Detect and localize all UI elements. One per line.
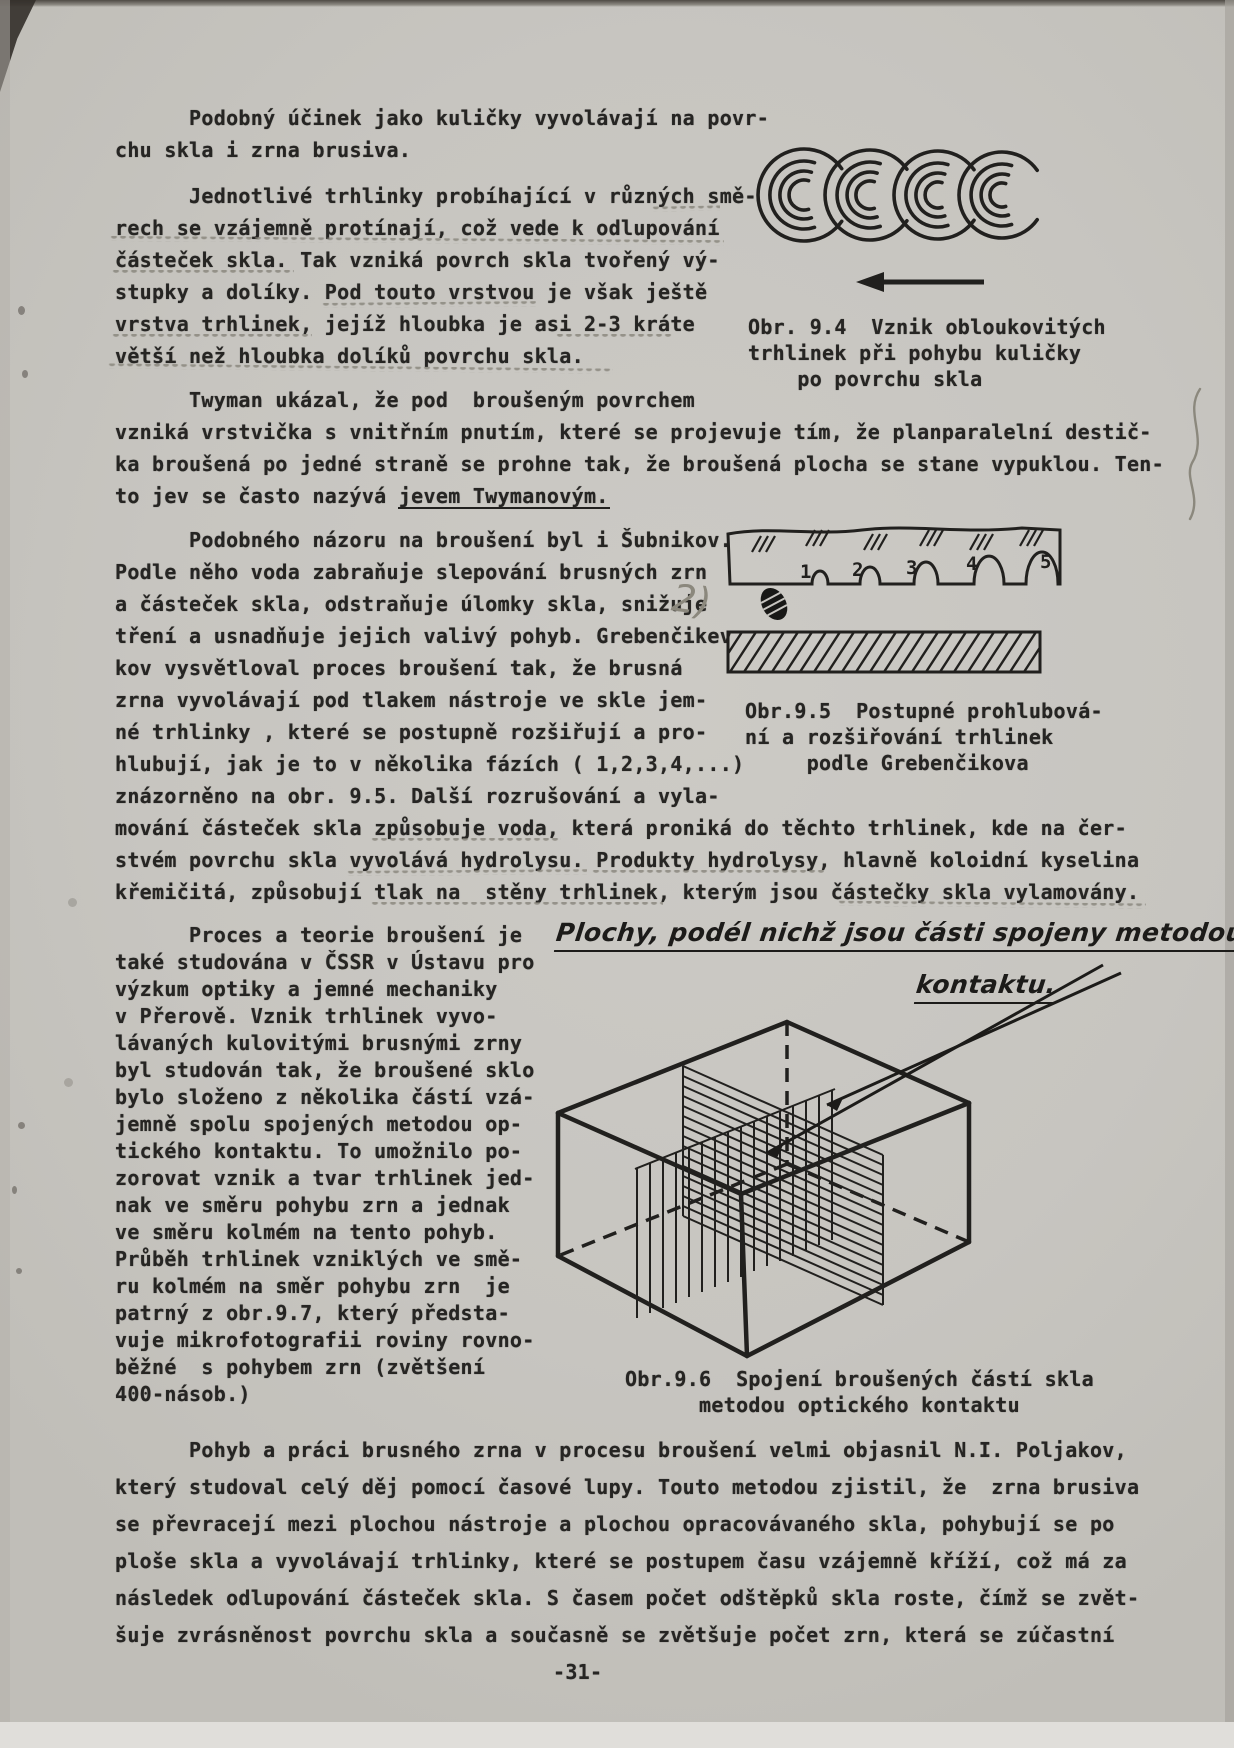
cube-visible-edges — [558, 1022, 969, 1356]
page-number: -31- — [553, 1660, 602, 1684]
text-line: ru kolmém na směr pohybu zrn je — [115, 1273, 545, 1300]
paper-blemish — [18, 1122, 25, 1129]
handwritten-note-line1: Plochy, podél nichž jsou části spojeny m… — [554, 918, 1234, 952]
motion-arrow-icon — [856, 272, 984, 292]
text-line: trhlinek při pohybu kuličky — [748, 340, 1106, 366]
text-line: a částeček skla, odstraňuje úlomky skla,… — [115, 588, 755, 620]
typed-underline — [398, 507, 610, 509]
pencil-underline-mark — [112, 334, 312, 339]
scan-right-edge — [1225, 0, 1234, 1748]
text-line: výzkum optiky a jemné mechaniky — [115, 976, 545, 1003]
text-line: tření a usnadňuje jejich valivý pohyb. G… — [115, 620, 755, 652]
text-line: chu skla i zrna brusiva. — [115, 134, 769, 166]
text-line: po povrchu skla — [748, 366, 1106, 392]
paragraph-twyman: Twyman ukázal, že pod broušeným povrchem… — [115, 384, 1164, 512]
paper-blemish — [18, 306, 25, 315]
text-line: Proces a teorie broušení je — [115, 922, 545, 949]
paragraph-subnikov: Podobného názoru na broušení byl i Šubni… — [115, 524, 755, 812]
pencil-underline-mark — [556, 334, 672, 339]
text-line: to jev se často nazývá jevem Twymanovým. — [115, 480, 1164, 512]
text-line: hlubují, jak je to v několika fázích ( 1… — [115, 748, 755, 780]
figure-caption-9-6: Obr.9.6 Spojení broušených částí skla me… — [625, 1366, 1094, 1418]
figure-grinding-phases: 1 2 3 4 5 — [722, 520, 1067, 695]
text-line: nak ve směru pohybu zrn a jednak — [115, 1192, 545, 1219]
text-line: jemně spolu spojených metodou op- — [115, 1111, 545, 1138]
text-line: vzniká vrstvička s vnitřním pnutím, kter… — [115, 416, 1164, 448]
paragraph-hydrolysis: mování částeček skla způsobuje voda, kte… — [115, 812, 1139, 908]
contact-plane-a-hatch — [683, 1066, 883, 1305]
text-line: 400-násob.) — [115, 1381, 545, 1408]
scan-bottom-band — [0, 1722, 1234, 1748]
scanned-document-page: Podobný účinek jako kuličky vyvolávají n… — [0, 0, 1234, 1748]
text-line: následek odlupování částeček skla. S čas… — [115, 1580, 1139, 1617]
text-line: ka broušená po jedné straně se prohne ta… — [115, 448, 1164, 480]
pencil-underline-mark — [371, 902, 663, 907]
abrasive-grain — [755, 583, 792, 624]
text-line: také studována v ČSSR v Ústavu pro — [115, 949, 545, 976]
text-line: ní a rozšiřování trhlinek — [745, 724, 1103, 750]
text-line: bylo složeno z několika částí vzá- — [115, 1084, 545, 1111]
text-line: patrný z obr.9.7, který předsta- — [115, 1300, 545, 1327]
paper-blemish — [12, 1186, 17, 1194]
annotation-leader-lines — [767, 965, 1121, 1158]
paragraph-intro: Podobný účinek jako kuličky vyvolávají n… — [115, 102, 769, 166]
text-line: né trhlinky , které se postupně rozšiřuj… — [115, 716, 755, 748]
figure-caption-9-5: Obr.9.5 Postupné prohlubová-ní a rozšiřo… — [745, 698, 1103, 776]
pencil-underline-mark — [371, 838, 561, 843]
text-line: Pohyb a práci brusného zrna v procesu br… — [115, 1432, 1139, 1469]
paper-blemish — [16, 1268, 22, 1274]
svg-text:3: 3 — [906, 557, 917, 579]
figure-caption-9-4: Obr. 9.4 Vznik obloukovitýchtrhlinek při… — [748, 314, 1106, 392]
glass-block-outline — [728, 528, 1060, 584]
paper-blemish — [64, 1078, 73, 1087]
text-line: podle Grebenčikova — [745, 750, 1103, 776]
text-line: Podle něho voda zabraňuje slepování brus… — [115, 556, 755, 588]
pencil-margin-squiggle — [1178, 385, 1214, 525]
tool-block — [716, 632, 1050, 672]
text-line: ve směru kolmém na tento pohyb. — [115, 1219, 545, 1246]
scan-left-edge — [0, 0, 10, 1748]
text-line: znázorněno na obr. 9.5. Další rozrušován… — [115, 780, 755, 812]
svg-text:4: 4 — [966, 553, 977, 575]
text-line: Obr.9.6 Spojení broušených částí skla — [625, 1366, 1094, 1392]
paragraph-cssr-research: Proces a teorie broušení jetaké studován… — [115, 922, 545, 1408]
contact-plane-b-hatch — [635, 1089, 835, 1318]
pencil-margin-note: 2) — [669, 575, 714, 624]
svg-text:5: 5 — [1040, 551, 1051, 573]
text-line: který studoval celý děj pomocí časové lu… — [115, 1469, 1139, 1506]
text-line: byl studován tak, že broušené sklo — [115, 1057, 545, 1084]
text-line: se převracejí mezi plochou nástroje a pl… — [115, 1506, 1139, 1543]
glass-hatch-marks — [752, 530, 1043, 552]
text-line: Podobný účinek jako kuličky vyvolávají n… — [115, 102, 769, 134]
text-line: Obr. 9.4 Vznik obloukovitých — [748, 314, 1106, 340]
svg-text:1: 1 — [800, 561, 811, 583]
scan-top-edge — [0, 0, 1234, 7]
svg-text:2: 2 — [852, 559, 863, 581]
text-line: vuje mikrofotografii roviny rovno- — [115, 1327, 545, 1354]
text-line: v Přerově. Vznik trhlinek vyvo- — [115, 1003, 545, 1030]
figure-optical-contact-cube — [505, 955, 1165, 1415]
pencil-underline-mark — [112, 270, 294, 275]
text-line: Obr.9.5 Postupné prohlubová- — [745, 698, 1103, 724]
paragraph-poljakov: Pohyb a práci brusného zrna v procesu br… — [115, 1432, 1139, 1654]
figure-arc-cracks — [752, 140, 1062, 305]
text-line: Podobného názoru na broušení byl i Šubni… — [115, 524, 755, 556]
text-line: lávaných kulovitými brusnými zrny — [115, 1030, 545, 1057]
text-line: zorovat vznik a tvar trhlinek jed- — [115, 1165, 545, 1192]
text-line: běžné s pohybem zrn (zvětšení — [115, 1354, 545, 1381]
text-line: mování částeček skla způsobuje voda, kte… — [115, 812, 1139, 844]
paper-blemish — [22, 370, 28, 378]
text-line: Průběh trhlinek vzniklých ve smě- — [115, 1246, 545, 1273]
phase-numbers: 1 2 3 4 5 — [800, 551, 1051, 583]
text-line: zrna vyvolávají pod tlakem nástroje ve s… — [115, 684, 755, 716]
text-line: ploše skla a vyvolávají trhlinky, které … — [115, 1543, 1139, 1580]
text-line: kov vysvětloval proces broušení tak, že … — [115, 652, 755, 684]
paper-blemish — [68, 898, 77, 907]
text-line: metodou optického kontaktu — [625, 1392, 1094, 1418]
arc-crack-chain — [758, 149, 1037, 241]
text-line: tického kontaktu. To umožnilo po- — [115, 1138, 545, 1165]
pencil-underline-mark — [592, 870, 824, 875]
text-line: šuje zvrásněnost povrchu skla a současně… — [115, 1617, 1139, 1654]
